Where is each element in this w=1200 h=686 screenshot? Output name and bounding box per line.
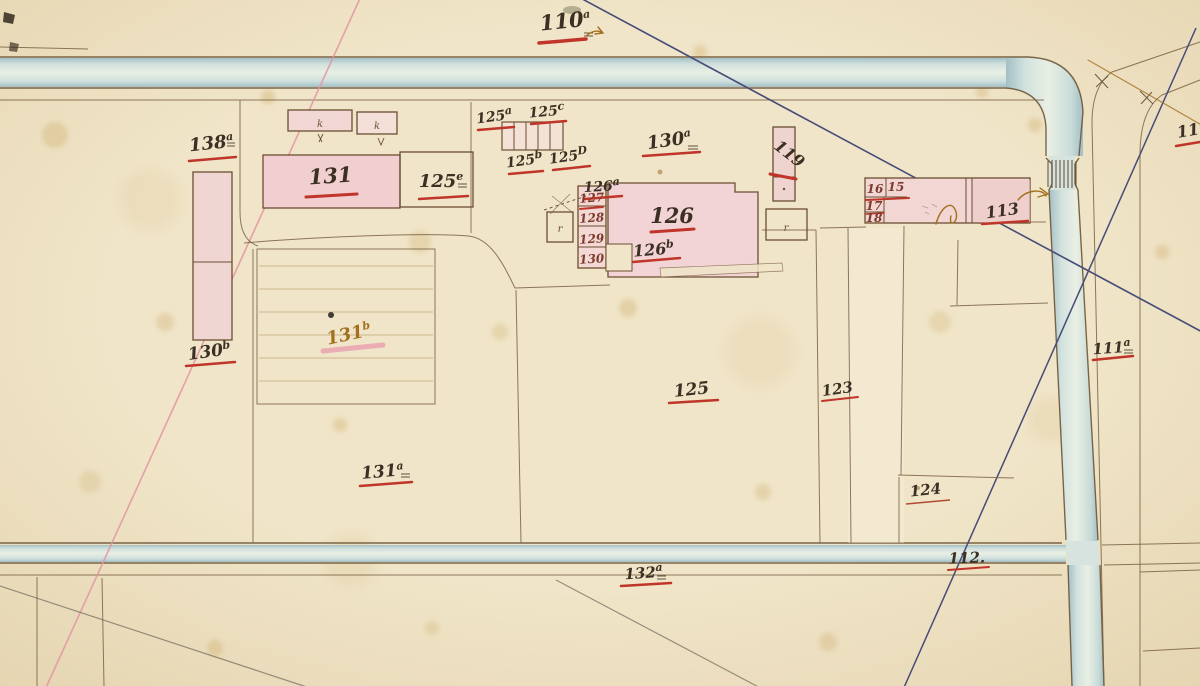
parcel-label-11-partial: 11 xyxy=(1175,119,1200,142)
building-mark-k1: k xyxy=(317,119,323,130)
cell-label-129: 129 xyxy=(579,231,606,247)
parcel-label-125: 125 xyxy=(673,378,710,402)
stain xyxy=(42,122,68,148)
top-canal-wash xyxy=(0,58,1010,87)
stain xyxy=(819,633,837,651)
stain xyxy=(1155,245,1169,259)
stain xyxy=(1028,118,1042,132)
parcel-123-path-strip xyxy=(848,228,904,543)
cell-label-16: 16 xyxy=(867,182,884,196)
building-138 xyxy=(193,172,232,340)
cell-label-130: 130 xyxy=(579,251,606,267)
parcel-label-110a: 110a xyxy=(539,5,592,35)
stain xyxy=(207,640,223,656)
stain xyxy=(755,484,771,500)
parcel-label-112: 112. xyxy=(948,548,985,567)
stain xyxy=(726,318,794,386)
sluice-throat-wash xyxy=(1049,156,1075,190)
stain xyxy=(156,313,174,331)
stain xyxy=(79,471,101,493)
speck-1 xyxy=(658,170,663,175)
stain xyxy=(492,324,508,340)
stain xyxy=(425,621,439,635)
cadastral-map: 110a 138a 131 125e 125a 125c 125b 125D 1… xyxy=(0,0,1200,686)
canal-junction-wash xyxy=(1066,541,1100,565)
stain xyxy=(261,90,275,104)
stain xyxy=(333,418,347,432)
stain xyxy=(929,311,951,333)
building-119-dot xyxy=(783,188,785,190)
cell-label-18: 18 xyxy=(866,211,883,225)
bottom-canal-wash xyxy=(0,545,1066,562)
cell-label-15: 15 xyxy=(888,180,905,194)
stain xyxy=(120,170,180,230)
cell-label-127: 127 xyxy=(579,190,606,206)
paper-vignette xyxy=(0,0,1200,686)
parcel-label-126: 126 xyxy=(650,203,694,228)
cell-label-128: 128 xyxy=(579,210,606,226)
building-mark-k2: k xyxy=(374,121,380,132)
stain xyxy=(619,299,637,317)
building-126-notch xyxy=(606,244,632,271)
parcel-label-131: 131 xyxy=(308,162,353,190)
lower-canal-wash xyxy=(1068,565,1104,686)
ink-blot-131b xyxy=(328,312,334,318)
parcel-label-124: 124 xyxy=(909,479,942,500)
